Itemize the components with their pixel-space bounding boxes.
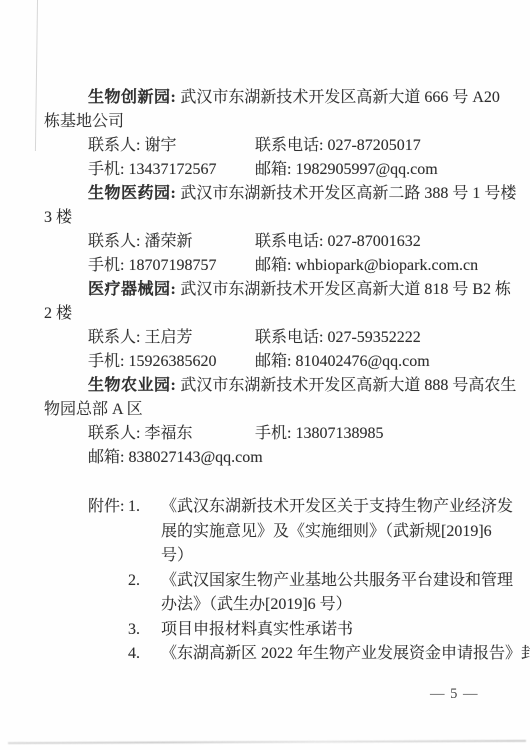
page-number: — 5 — (430, 682, 479, 706)
contact-field-left: 手机: 15926385620 (88, 350, 255, 374)
attachment-title-text: 《武汉国家生物产业基地公共服务平台建设和管理 (161, 569, 513, 594)
contact-field-right: 联系电话: 027-87001632 (255, 233, 421, 250)
contact-detail-line: 手机: 13437172567邮箱: 1982905997@qq.com (44, 158, 514, 182)
contact-detail-line: 手机: 15926385620邮箱: 810402476@qq.com (44, 350, 514, 374)
attachment-line: 2.《武汉国家生物产业基地公共服务平台建设和管理 (0, 569, 530, 594)
contact-field-right: 联系电话: 027-59352222 (255, 329, 421, 346)
contact-field-right: 邮箱: 1982905997@qq.com (255, 161, 438, 178)
park-name: 生物创新园: (88, 89, 176, 106)
attachment-number: 4. (128, 642, 140, 667)
attachment-line: 号） (0, 544, 530, 569)
attachment-line: 展的实施意见》及《实施细则》（武新规[2019]6 (0, 520, 530, 545)
contact-detail-line: 联系人: 王启芳联系电话: 027-59352222 (44, 326, 514, 350)
contact-detail-line: 联系人: 潘荣新联系电话: 027-87001632 (44, 230, 514, 254)
contact-field-right: 邮箱: whbiopark@biopark.com.cn (255, 257, 478, 274)
attachment-title-text: 展的实施意见》及《实施细则》（武新规[2019]6 (161, 520, 492, 545)
address-continuation-line: 2 楼 (44, 302, 514, 326)
scan-artifact-left-edge (35, 0, 38, 151)
document-page: 生物创新园: 武汉市东湖新技术开发区高新大道 666 号 A20栋基地公司联系人… (0, 0, 530, 750)
attachment-number: 2. (128, 569, 140, 594)
attachment-title-text: 办法》（武生办[2019]6 号） (161, 593, 352, 618)
contact-field-left: 联系人: 李福东 (88, 422, 255, 446)
park-heading-line: 医疗器械园: 武汉市东湖新技术开发区高新大道 818 号 B2 栋 (44, 278, 514, 302)
contact-detail-line: 联系人: 李福东手机: 13807138985 (44, 422, 514, 446)
attachment-line: 3.项目申报材料真实性承诺书 (0, 618, 530, 643)
attachment-line: 4.《东湖高新区 2022 年生物产业发展资金申请报告》封面 (0, 642, 530, 667)
contact-field-left: 联系人: 潘荣新 (88, 230, 255, 254)
attachment-title-text: 《武汉东湖新技术开发区关于支持生物产业经济发 (161, 495, 513, 520)
attachment-title-text: 《东湖高新区 2022 年生物产业发展资金申请报告》封面 (161, 642, 530, 667)
park-heading-line: 生物创新园: 武汉市东湖新技术开发区高新大道 666 号 A20 (44, 86, 514, 110)
contact-detail-line: 联系人: 谢宇联系电话: 027-87205017 (44, 134, 514, 158)
contact-info-block: 生物创新园: 武汉市东湖新技术开发区高新大道 666 号 A20栋基地公司联系人… (44, 86, 514, 470)
address-continuation-line: 3 楼 (44, 206, 514, 230)
attachments-label: 附件: (88, 495, 124, 520)
attachment-title-text: 号） (161, 544, 193, 569)
contact-field-right: 手机: 13807138985 (255, 425, 383, 442)
park-name: 生物农业园: (88, 377, 176, 394)
attachment-line: 附件:1.《武汉东湖新技术开发区关于支持生物产业经济发 (0, 495, 530, 520)
attachment-number: 3. (128, 618, 140, 643)
contact-field-left: 手机: 18707198757 (88, 254, 255, 278)
contact-field-left: 联系人: 谢宇 (88, 134, 255, 158)
address-continuation-line: 栋基地公司 (44, 110, 514, 134)
park-heading-line: 生物医药园: 武汉市东湖新技术开发区高新二路 388 号 1 号楼 (44, 182, 514, 206)
park-name: 生物医药园: (88, 185, 176, 202)
contact-field-right: 联系电话: 027-87205017 (255, 137, 421, 154)
contact-detail-line: 手机: 18707198757邮箱: whbiopark@biopark.com… (44, 254, 514, 278)
contact-field-left: 联系人: 王启芳 (88, 326, 255, 350)
contact-field-left: 手机: 13437172567 (88, 158, 255, 182)
contact-detail-line: 邮箱: 838027143@qq.com (44, 446, 514, 470)
park-heading-line: 生物农业园: 武汉市东湖新技术开发区高新大道 888 号高农生 (44, 374, 514, 398)
attachments-block: 附件:1.《武汉东湖新技术开发区关于支持生物产业经济发展的实施意见》及《实施细则… (0, 495, 530, 667)
address-continuation-line: 物园总部 A 区 (44, 398, 514, 422)
attachment-number: 1. (128, 495, 140, 520)
park-name: 医疗器械园: (88, 281, 176, 298)
contact-field-right: 邮箱: 810402476@qq.com (255, 353, 430, 370)
attachment-title-text: 项目申报材料真实性承诺书 (161, 618, 353, 643)
attachment-line: 办法》（武生办[2019]6 号） (0, 593, 530, 618)
scan-artifact-bottom-edge (8, 740, 526, 744)
